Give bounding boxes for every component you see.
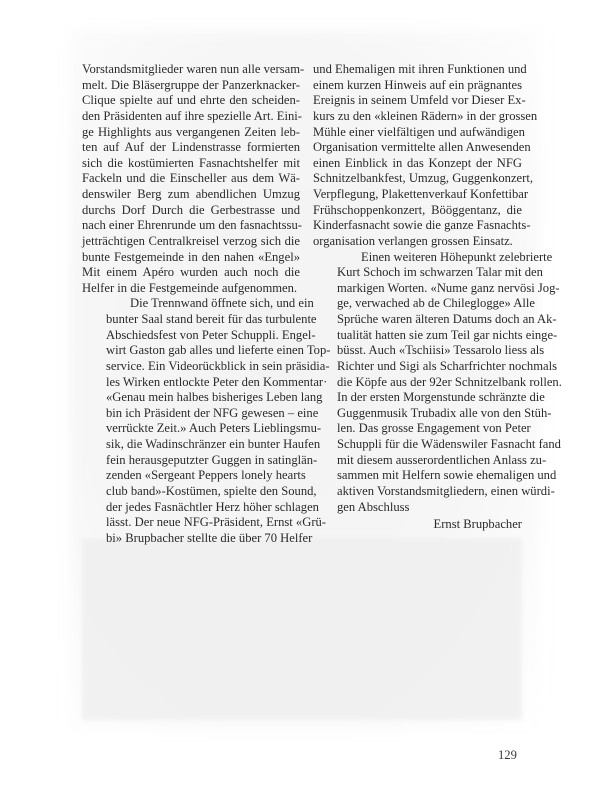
left-text-column: Vorstandsmitglieder waren nun alle versa… — [82, 62, 300, 546]
text-line: tualität hatten sie zum Teil gar nichts … — [313, 328, 522, 344]
text-line: bunter Saal stand bereit für das turbule… — [82, 312, 300, 328]
text-line: Richter und Sigi als Scharfrichter nochm… — [313, 359, 522, 375]
author-signature: Ernst Brupbacher — [313, 517, 522, 532]
text-line: In der ersten Morgenstunde schränzte die — [313, 390, 522, 406]
text-line: lässt. Der neue NFG-Präsident, Ernst «Gr… — [82, 515, 300, 531]
text-line: bi» Brupbacher stellte die über 70 Helfe… — [82, 531, 300, 547]
paragraph: Einen weiteren Höhepunkt zelebrierteKurt… — [313, 250, 522, 516]
text-line: Verpflegung, Plakettenverkauf Konfettiba… — [313, 187, 522, 203]
paragraph: und Ehemaligen mit ihren Funktionen unde… — [313, 62, 522, 250]
text-line: ge Highlights aus vergangenen Zeiten leb… — [82, 125, 300, 141]
text-line: ten auf Auf der Lindenstrasse formierten — [82, 140, 300, 156]
page-number: 129 — [498, 748, 517, 763]
text-line: Einen weiteren Höhepunkt zelebrierte — [313, 250, 522, 266]
text-line: sich die kostümierten Fasnachtshelfer mi… — [82, 156, 300, 172]
text-line: denswiler Berg zum abendlichen Umzug — [82, 187, 300, 203]
text-line: bin ich Präsident der NFG gewesen – eine — [82, 406, 300, 422]
text-line: Guggenmusik Trubadix alle von den Stüh- — [313, 406, 522, 422]
text-line: Frühschoppenkonzert, Bööggentanz, die — [313, 203, 522, 219]
text-line: und Ehemaligen mit ihren Funktionen und — [313, 62, 522, 78]
paragraph: Vorstandsmitglieder waren nun alle versa… — [82, 62, 300, 296]
text-line: Sprüche waren älteren Datums doch an Ak- — [313, 312, 522, 328]
right-text-column: und Ehemaligen mit ihren Funktionen unde… — [313, 62, 522, 515]
text-line: zenden «Sergeant Peppers lonely hearts — [82, 468, 300, 484]
text-line: mit diesem ausserordentlichen Anlass zu- — [313, 453, 522, 469]
text-line: der jedes Fasnächtler Herz höher schlage… — [82, 500, 300, 516]
text-line: Schnitzelbankfest, Umzug, Guggenkonzert, — [313, 171, 522, 187]
text-line: einem kurzen Hinweis auf ein prägnantes — [313, 78, 522, 94]
text-line: service. Ein Videorückblick in sein präs… — [82, 359, 300, 375]
text-line: die Köpfe aus der 92er Schnitzelbank rol… — [313, 375, 522, 391]
text-line: den Präsidenten auf ihre spezielle Art. … — [82, 109, 300, 125]
text-line: Organisation vermittelte allen Anwesende… — [313, 140, 522, 156]
text-line: melt. Die Bläsergruppe der Panzerknacker… — [82, 78, 300, 94]
text-line: markigen Worten. «Nume ganz nervösi Jog- — [313, 281, 522, 297]
bleed-through-image-area — [82, 538, 522, 720]
paragraph: Die Trennwand öffnete sich, und einbunte… — [82, 296, 300, 546]
text-line: organisation verlangen grossen Einsatz. — [313, 234, 522, 250]
text-line: sik, die Wadinschränzer ein bunter Haufe… — [82, 437, 300, 453]
text-line: Helfer in die Festgemeinde aufgenommen. — [82, 281, 300, 297]
text-line: len. Das grosse Engagement von Peter — [313, 421, 522, 437]
text-line: les Wirken entlockte Peter den Kommentar… — [82, 375, 300, 391]
text-line: Vorstandsmitglieder waren nun alle versa… — [82, 62, 300, 78]
text-line: fein herausgeputzter Guggen in satinglän… — [82, 453, 300, 469]
text-line: club band»-Kostümen, spielte den Sound, — [82, 484, 300, 500]
text-line: durchs Dorf Durch die Gerbestrasse und — [82, 203, 300, 219]
text-line: Fackeln und die Einscheller aus dem Wä- — [82, 171, 300, 187]
text-line: Kinderfasnacht sowie die ganze Fasnachts… — [313, 218, 522, 234]
text-line: Schuppli für die Wädenswiler Fasnacht fa… — [313, 437, 522, 453]
text-line: aktiven Vorstandsmitgliedern, einen würd… — [313, 484, 522, 500]
text-line: verrückte Zeit.» Auch Peters Lieblingsmu… — [82, 421, 300, 437]
text-line: kurs zu den «kleinen Rädern» in der gros… — [313, 109, 522, 125]
text-line: jetträchtigen Centralkreisel verzog sich… — [82, 234, 300, 250]
text-line: Ereignis in seinem Umfeld vor Dieser Ex- — [313, 93, 522, 109]
text-line: Abschiedsfest von Peter Schuppli. Engel- — [82, 328, 300, 344]
text-line: «Genau mein halbes bisheriges Leben lang — [82, 390, 300, 406]
text-line: Kurt Schoch im schwarzen Talar mit den — [313, 265, 522, 281]
text-line: sammen mit Helfern sowie ehemaligen und — [313, 468, 522, 484]
text-line: bunte Festgemeinde in den nahen «Engel» — [82, 250, 300, 266]
text-line: ge, verwached ab de Chileglogge» Alle — [313, 296, 522, 312]
text-line: einen Einblick in das Konzept der NFG — [313, 156, 522, 172]
text-line: gen Abschluss — [313, 500, 522, 516]
text-line: wirt Gaston gab alles und lieferte einen… — [82, 343, 300, 359]
text-line: Mit einem Apéro wurden auch noch die — [82, 265, 300, 281]
text-line: Die Trennwand öffnete sich, und ein — [82, 296, 300, 312]
text-line: büsst. Auch «Tschiisi» Tessarolo liess a… — [313, 343, 522, 359]
text-line: Mühle einer vielfältigen und aufwändigen — [313, 125, 522, 141]
text-line: Clique spielte auf und ehrte den scheide… — [82, 93, 300, 109]
text-line: nach einer Ehrenrunde um den fasnachtssu… — [82, 218, 300, 234]
